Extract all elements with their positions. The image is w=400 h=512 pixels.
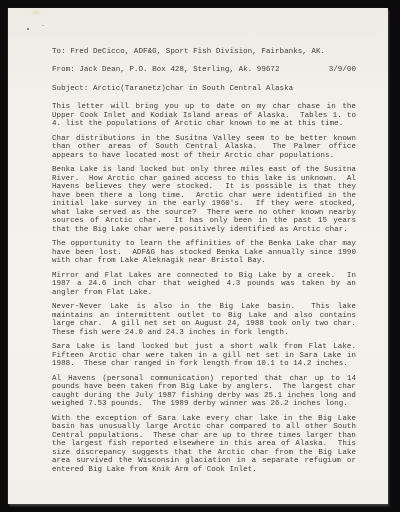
paragraph: Sara Lake is land locked but just a shor… bbox=[52, 343, 356, 369]
paragraph: This letter will bring you up to date on… bbox=[52, 103, 356, 129]
subject-line: Subject: Arctic(Taranetz)char in South C… bbox=[52, 85, 356, 94]
from-address: From: Jack Dean, P.O. Box 428, Sterling,… bbox=[52, 66, 280, 75]
paragraph: With the exception of Sara Lake every ch… bbox=[52, 415, 356, 475]
paper-speck bbox=[27, 28, 29, 30]
to-line: To: Fred DeCicco, ADF&G, Sport Fish Divi… bbox=[52, 48, 356, 57]
paper-smudge bbox=[32, 10, 40, 15]
paragraph: Al Havens (personal communication) repor… bbox=[52, 375, 356, 409]
paragraph: Never-Never Lake is also in the Big Lake… bbox=[52, 303, 356, 337]
paper-speck bbox=[42, 25, 44, 26]
paragraph: The opportunity to learn the affinities … bbox=[52, 240, 356, 266]
scan-background: { "colors": { "background": "#0b0b0b", "… bbox=[0, 0, 400, 512]
from-line: From: Jack Dean, P.O. Box 428, Sterling,… bbox=[52, 66, 356, 75]
letter-date: 3/9/00 bbox=[329, 66, 356, 75]
letter-content: To: Fred DeCicco, ADF&G, Sport Fish Divi… bbox=[52, 48, 356, 480]
letter-body: This letter will bring you up to date on… bbox=[52, 103, 356, 474]
paragraph: Mirror and Flat Lakes are connected to B… bbox=[52, 272, 356, 298]
paragraph: Benka Lake is land locked but only three… bbox=[52, 166, 356, 234]
letter-page: To: Fred DeCicco, ADF&G, Sport Fish Divi… bbox=[8, 8, 388, 504]
paragraph: Char distributions in the Susitna Valley… bbox=[52, 135, 356, 161]
